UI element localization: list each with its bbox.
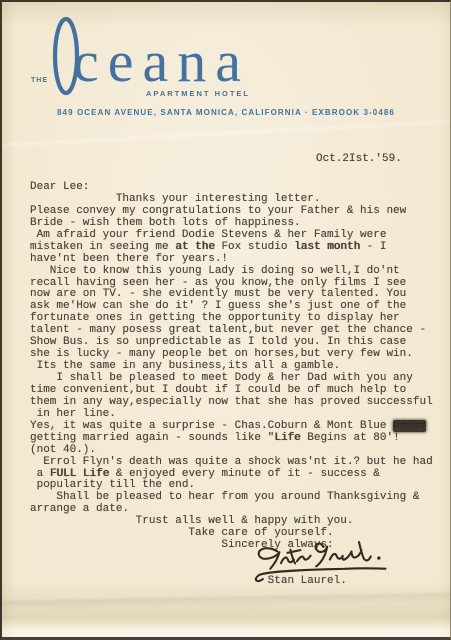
typed-text: time convenient,but I doubt if I could b… bbox=[30, 384, 406, 396]
typed-text: (not 40.). bbox=[30, 444, 96, 456]
signature-script bbox=[247, 534, 397, 590]
typed-text: talent - many posess great talent,but ne… bbox=[30, 324, 426, 336]
letter-body: Dear Lee: Thanks your interesting letter… bbox=[30, 182, 450, 588]
overtyped-redaction: ##### bbox=[393, 420, 426, 432]
double-struck-text: FULL Life bbox=[50, 468, 109, 480]
typed-text: Please convey my congratulations to your… bbox=[30, 205, 406, 217]
typed-text: Its the same in any business,its all a g… bbox=[30, 360, 340, 372]
double-struck-text: at the bbox=[175, 241, 215, 253]
typed-text: - I bbox=[360, 241, 386, 253]
typed-text: & enjoyed every minute of it - success & bbox=[109, 468, 380, 480]
typed-text: she is lucky - many people bet on horses… bbox=[30, 348, 413, 360]
typed-text: a bbox=[30, 468, 50, 480]
typed-text: mistaken in seeing me bbox=[30, 241, 175, 253]
typed-text: them in any way,especially now that she … bbox=[30, 396, 433, 408]
typed-text: Bride - wish them both lots of happiness… bbox=[30, 217, 301, 229]
typed-text: Take care of yourself. bbox=[30, 527, 334, 539]
double-struck-text: Life bbox=[274, 432, 300, 444]
typed-text: Begins at 80'! bbox=[301, 432, 400, 444]
typed-text: Dear Lee: bbox=[30, 181, 89, 193]
typed-text: Shall be pleased to hear from you around… bbox=[30, 491, 419, 503]
typed-text: Show Bus. is so unpredictable as I told … bbox=[30, 336, 406, 348]
letter-date: Oct.2Ist.'59. bbox=[316, 153, 402, 165]
typed-text: Yes, it was quite a surprise - Chas.Cobu… bbox=[30, 420, 393, 432]
typed-text: I shall be pleased to meet Dody & her Da… bbox=[30, 372, 413, 384]
typed-text: now are on TV. - she evidently must be v… bbox=[30, 288, 406, 300]
typed-text: Errol Flyn's death was quite a shock was… bbox=[30, 456, 433, 468]
letterhead-the-label: THE bbox=[31, 77, 48, 84]
double-struck-text: last month bbox=[294, 241, 360, 253]
typed-text: Thanks your interesting letter. bbox=[30, 193, 320, 205]
typed-text: getting married again - sounds like " bbox=[30, 432, 274, 444]
typed-text: popularity till the end. bbox=[30, 479, 195, 491]
typed-text: Trust alls well & happy with you. bbox=[30, 515, 353, 527]
typed-text: in her line. bbox=[30, 408, 116, 420]
hotel-name: ceana bbox=[73, 33, 250, 91]
hotel-type-label: APARTMENT HOTEL bbox=[120, 89, 250, 98]
hotel-address-line: 849 OCEAN AVENUE, SANTA MONICA, CALIFORN… bbox=[57, 108, 451, 117]
typed-text: fortunate ones in getting the opportunit… bbox=[30, 312, 400, 324]
letter-page: THE ceana APARTMENT HOTEL 849 OCEAN AVEN… bbox=[0, 0, 451, 640]
typed-text: Nice to know this young Lady is doing so… bbox=[30, 265, 400, 277]
typed-text: Am afraid your friend Dodie Stevens & he… bbox=[30, 229, 386, 241]
typed-text: Fox studio bbox=[215, 241, 294, 253]
typed-text: have'nt been there for years.! bbox=[30, 253, 228, 265]
typed-text: arrange a date. bbox=[30, 503, 129, 515]
typed-text: recall having seen her - as you know,the… bbox=[30, 277, 406, 289]
typed-text: ask me'How can she do it' ? I guess she'… bbox=[30, 300, 406, 312]
